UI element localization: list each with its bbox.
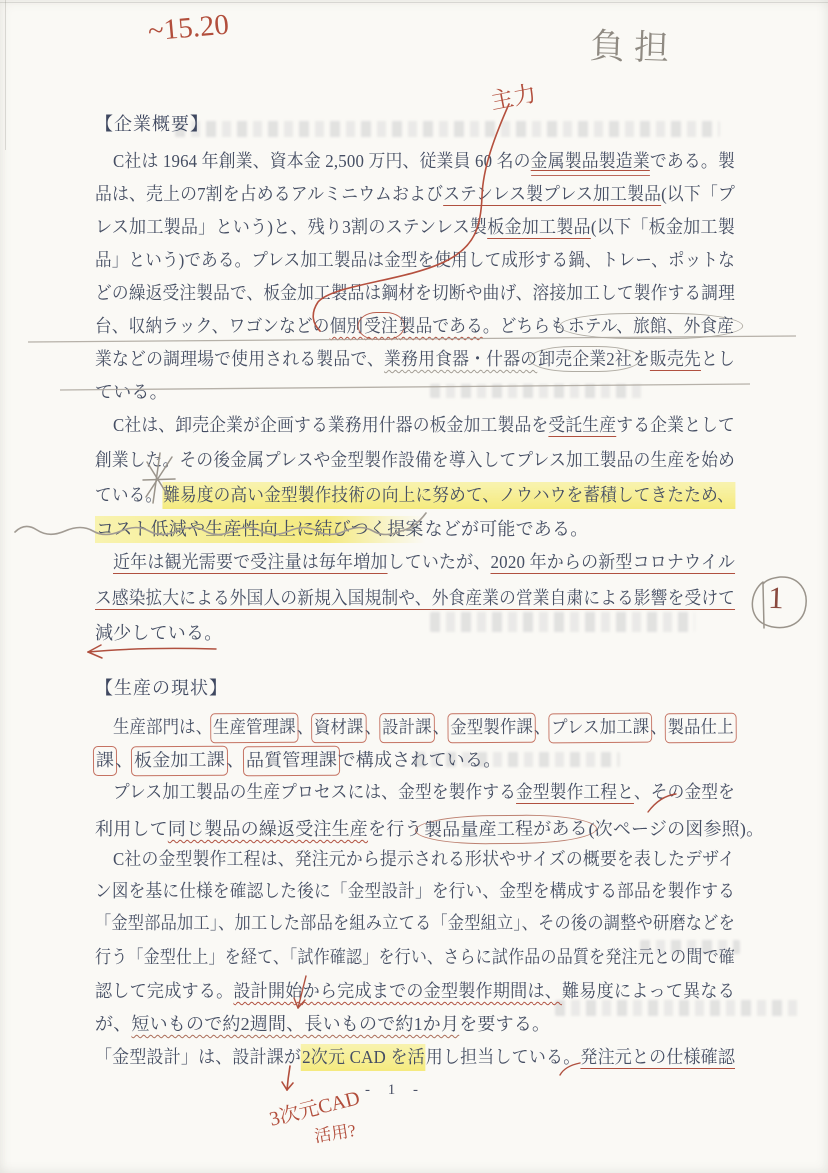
text-segment: 品は、売上の7割を占めるアルミニウムおよび [95, 184, 443, 204]
text-segment: 、その金型を [634, 782, 735, 802]
text-line: C社は 1964 年創業、資本金 2,500 万円、従業員 60 名の金属製品製… [95, 150, 758, 173]
text-segment: 「金型設計」は、設計課が [95, 1047, 301, 1067]
text-segment: レス加工製品」という)と、残り3割のステンレス製 [95, 217, 487, 237]
text-segment: などが可能である。 [425, 519, 589, 539]
text-segment: を要する。 [459, 1014, 550, 1034]
underline-red-wavy-annotation: 製品である [399, 316, 483, 336]
underline-red-wavy-annotation: 設計開始から完成までの金型製作期間は、 [233, 981, 562, 1001]
highlight-annotation: 難易度の高い金型製作技術の向上に努めて、ノウハウを蓄積してきたため、 [162, 482, 735, 509]
text-segment: 業などの調理場で使用される製品で、 [95, 349, 384, 369]
underline-red-annotation: ステンレス製プレス加工製品 [443, 184, 661, 204]
underline-red-annotation: 外食産業の営業自粛による影響を受けて [432, 588, 735, 608]
text-segment: (次ページの図参照)。 [588, 819, 764, 839]
text-segment: が、 [95, 1014, 131, 1034]
red-down-arrow [282, 1066, 293, 1090]
text-line: 創業した。その後金属プレスや金型製作設備を導入してプレス加工製品の生産を始め [95, 449, 740, 472]
text-segment: 台、収納ラック、ワゴンなどの [95, 316, 330, 336]
handwritten-pencil-note: 負担 [589, 18, 679, 71]
underline-red-annotation: ス感染拡大による外国人の新規入国規制や、 [95, 588, 432, 608]
box-red-annotation: 生産管理課 [210, 713, 298, 743]
highlight-annotation: 2次元 CAD を活 [301, 1044, 426, 1071]
text-segment: とし [701, 349, 735, 369]
underline-red-annotation: 受託生産 [548, 415, 616, 435]
box-red-annotation: 板金加工課 [131, 746, 228, 776]
text-line: 「金型設計」は、設計課が2次元 CAD を活用し担当している。発注元との仕様確認 [95, 1046, 740, 1069]
text-segment: を [633, 349, 650, 369]
text-line: 行う「金型仕上」を経て、「試作確認」を行い、さらに試作品の品質を発注元との間で確 [95, 946, 740, 969]
text-segment: 【生産の現状】 [95, 678, 228, 698]
text-segment: 行う「金型仕上」を経て、「試作確認」を行い、さらに試作品の品質を発注元との間で確 [95, 947, 735, 967]
text-line: プレス加工製品の生産プロセスには、金型を製作する金型製作工程と、その金型を [95, 781, 758, 804]
scan-edge-artifact [0, 2, 828, 3]
circle-gray-annotation: 卸売企業2社 [529, 346, 641, 372]
text-line: ている。 [95, 381, 740, 404]
text-segment: 、 [226, 750, 244, 770]
text-segment: 【企業概要】 [95, 114, 209, 134]
text-line: コスト低減や生産性向上に結びつく提案などが可能である。 [95, 518, 740, 541]
scanned-exam-page: 【企業概要】C社は 1964 年創業、資本金 2,500 万円、従業員 60 名… [0, 0, 828, 1173]
handwritten-circled-number: 1 [763, 580, 788, 617]
text-segment: 用し担当している。 [426, 1047, 581, 1067]
text-segment: 認して完成する。 [95, 981, 233, 1001]
text-segment: C社の金型製作工程は、発注元から提示される形状やサイズの概要を表したデザイ [113, 849, 735, 869]
page-number: - 1 - [330, 1082, 460, 1099]
text-line: どの繰返受注製品で、板金加工製品は鋼材を切断や曲げ、溶接加工して製作する調理 [95, 282, 740, 305]
text-line: C社は、卸売企業が企画する業務用什器の板金加工製品を受託生産する企業として [95, 414, 758, 437]
text-segment: C社は、卸売企業が企画する業務用什器の板金加工製品を [113, 415, 548, 435]
underline-brown-wavy-annotation: 短いもので約2週間、長いもので約1か月 [131, 1014, 459, 1034]
circle-gray-annotation: ホテル、旅館、外食産 [559, 313, 744, 339]
text-segment: 利用して [95, 819, 168, 839]
text-segment: ン図を基に仕様を確認した後に「金型設計」を行い、金型を構成する部品を製作する [95, 881, 735, 901]
handwritten-margin-note: 主力 [487, 75, 538, 116]
text-segment: 品」という)である。プレス加工製品は金型を使用して成形する鍋、トレー、ポットな [95, 250, 735, 270]
box-red-annotation: 設計課 [379, 713, 434, 743]
text-line: 利用して同じ製品の繰返受注生産を行う製品量産工程がある(次ページの図参照)。 [95, 815, 740, 844]
box-red-annotation: プレス加工課 [549, 713, 653, 743]
text-line: 認して完成する。設計開始から完成までの金型製作期間は、難易度によって異なる [95, 980, 740, 1003]
text-line: 台、収納ラック、ワゴンなどの個別受注製品である。どちらもホテル、旅館、外食産 [95, 315, 740, 338]
scan-edge-artifact [5, 0, 6, 150]
text-line: 近年は観光需要で受注量は毎年増加していたが、2020 年からの新型コロナウイル [95, 551, 758, 574]
text-line: ン図を基に仕様を確認した後に「金型設計」を行い、金型を構成する部品を製作する [95, 880, 740, 903]
text-segment: (以下「プ [661, 184, 735, 204]
text-segment: 創業した。その後金属プレスや金型製作設備を導入してプレス加工製品の生産を始め [95, 450, 735, 470]
highlight-fade-annotation: コスト低減や生産性向上に結びつく提案 [95, 516, 425, 543]
text-line: 品は、売上の7割を占めるアルミニウムおよびステンレス製プレス加工製品(以下「プ [95, 183, 740, 206]
box-red-annotation: 資材課 [311, 713, 366, 743]
text-line: 品」という)である。プレス加工製品は金型を使用して成形する鍋、トレー、ポットな [95, 249, 740, 272]
underline-red-annotation: 近年は観光需要で受注量は毎年増加 [113, 552, 388, 572]
text-line: C社の金型製作工程は、発注元から提示される形状やサイズの概要を表したデザイ [95, 848, 758, 871]
text-segment: する企業として [616, 415, 735, 435]
text-segment: で構成されている。 [338, 750, 502, 770]
underline-red-wavy-annotation: 同じ製品の繰返受注生産 [168, 819, 368, 839]
underline-red-annotation: 発注元との仕様確認 [580, 1047, 735, 1067]
circle-redbrown-annotation: 製品量産工程がある [414, 814, 596, 844]
text-segment: 「金型部品加工」、加工した部品を組み立てる「金型組立」、その後の調整や研磨などを [95, 913, 735, 933]
text-segment: C社は 1964 年創業、資本金 2,500 万円、従業員 60 名の [113, 151, 531, 171]
underline-red-annotation: 金型製作工程と [516, 782, 634, 802]
text-line: 減少している。 [95, 622, 740, 645]
box-red-annotation: 課 [93, 746, 117, 776]
underline-gray-wavy-annotation: 業務用食器・什器の [384, 349, 537, 369]
text-segment: である。製 [650, 151, 735, 171]
text-segment: 生産部門は、 [113, 717, 212, 737]
red-arrow-underline [88, 645, 216, 658]
section-heading: 【生産の現状】 [95, 677, 740, 700]
text-segment: 難易度によって異なる [562, 981, 735, 1001]
text-segment: (以下「板金加工製 [591, 217, 735, 237]
text-line: 課、板金加工課、品質管理課で構成されている。 [95, 746, 740, 776]
box-red-annotation: 品質管理課 [243, 746, 340, 776]
section-heading: 【企業概要】 [95, 113, 740, 136]
text-segment: 。どちらも [483, 316, 567, 336]
underline-red-annotation: 2020 年からの新型コロナウイル [491, 552, 736, 572]
text-line: 生産部門は、生産管理課、資材課、設計課、金型製作課、プレス加工課、製品仕上 [95, 713, 758, 743]
underline-red-wavy circle-red-annotation: 受注 [358, 312, 405, 340]
text-segment: ている。 [95, 485, 162, 505]
text-line: 「金型部品加工」、加工した部品を組み立てる「金型組立」、その後の調整や研磨などを [95, 912, 740, 935]
text-line: レス加工製品」という)と、残り3割のステンレス製板金加工製品(以下「板金加工製 [95, 216, 740, 239]
text-segment: ている。 [95, 382, 168, 402]
handwritten-time-note: ~15.20 [147, 9, 231, 49]
text-segment: 減少している。 [95, 623, 222, 643]
text-segment: どの繰返受注製品で、板金加工製品は鋼材を切断や曲げ、溶接加工して製作する調理 [95, 283, 735, 303]
box-red-annotation: 金型製作課 [447, 713, 535, 743]
underline-red-annotation: 販売先 [650, 349, 701, 369]
box-red-annotation: 製品仕上 [665, 713, 737, 743]
text-line: ス感染拡大による外国人の新規入国規制や、外食産業の営業自粛による影響を受けて [95, 587, 740, 610]
handwritten-footer-note-2: 活用? [312, 1116, 357, 1147]
text-line: が、短いもので約2週間、長いもので約1か月を要する。 [95, 1013, 740, 1036]
text-segment: していたが、 [388, 552, 491, 572]
text-line: ている。難易度の高い金型製作技術の向上に努めて、ノウハウを蓄積してきたため、 [95, 484, 740, 507]
text-segment: プレス加工製品の生産プロセスには、金型を製作する [113, 782, 516, 802]
underline-red-double-annotation: 金属製品製造業 [531, 151, 650, 176]
underline-red-annotation: 板金加工製品 [487, 217, 591, 237]
text-line: 業などの調理場で使用される製品で、業務用食器・什器の卸売企業2社を販売先とし [95, 348, 740, 371]
